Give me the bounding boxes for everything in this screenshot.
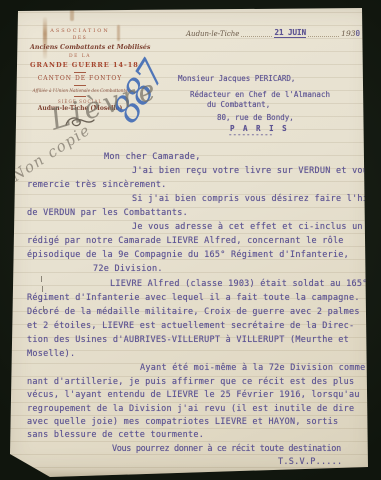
recipient-title-2: du Combattant, bbox=[207, 100, 270, 109]
dateline-year-typed: 0 bbox=[356, 29, 361, 38]
recipient-name: Monsieur Jacques PERICARD, bbox=[178, 74, 295, 83]
body-line: nant d'artillerie, je puis affirmer que … bbox=[27, 377, 354, 387]
body-line: Ayant été moi-même à la 72e Division com… bbox=[140, 363, 381, 373]
body-line: vécus, l'ayant entendu de LIEVRE le 25 F… bbox=[27, 390, 360, 400]
body-line: sans blessure de cette tourmente. bbox=[27, 430, 204, 440]
dateline-leader bbox=[308, 35, 339, 37]
body-line: regroupement de la Division j'ai revu (i… bbox=[27, 404, 354, 414]
letter-page: ASSOCIATION DES Anciens Combattants et M… bbox=[0, 0, 381, 480]
margin-pencil-mark bbox=[42, 286, 43, 292]
paper-stain bbox=[70, 6, 74, 21]
dateline-leader bbox=[241, 35, 272, 37]
letterhead-war-title: GRANDE GUERRE 14-18 bbox=[30, 61, 130, 69]
letterhead-divider bbox=[74, 85, 86, 86]
handwritten-note: Non copie bbox=[8, 121, 94, 186]
body-line: et 2 étoiles, LIEVRE est actuellement se… bbox=[27, 321, 354, 331]
dateline-place: Audun-le-Tiche bbox=[186, 30, 239, 38]
body-line: avec quelle joie) mes compatriotes LIEVR… bbox=[27, 417, 338, 427]
margin-pencil-mark bbox=[41, 276, 42, 282]
recipient-title: Rédacteur en Chef de l'Almanach bbox=[190, 90, 330, 99]
letterhead-organization: Anciens Combattants et Mobilisés bbox=[30, 44, 130, 51]
dateline: Audun-le-Tiche 21 JUIN 193 0 bbox=[186, 28, 360, 38]
dateline-year-printed: 193 bbox=[341, 29, 355, 38]
body-line: de VERDUN par les Combattants. bbox=[27, 208, 188, 218]
salutation: Mon cher Camarade, bbox=[104, 152, 201, 162]
body-line: J'ai bien reçu votre livre sur VERDUN et… bbox=[132, 166, 381, 176]
recipient-street: 80, rue de Bondy, bbox=[217, 113, 294, 122]
letterhead-association: ASSOCIATION bbox=[30, 28, 130, 34]
body-line: rédigé par notre Camarade LIEVRE Alfred,… bbox=[27, 236, 344, 246]
tsvp-note: T.S.V.P..... bbox=[278, 457, 342, 467]
body-line: 72e Division. bbox=[93, 264, 163, 274]
letterhead-canton: CANTON DE FONTOY bbox=[30, 75, 130, 82]
body-line: Vous pourrez donner à ce récit toute des… bbox=[112, 444, 341, 454]
body-line: Décoré de la médaille militaire, Croix d… bbox=[27, 307, 360, 317]
body-line: remercie très sincèrement. bbox=[27, 180, 167, 190]
letterhead-des: DES bbox=[30, 36, 130, 41]
letterhead-de-la: DE LA bbox=[30, 54, 130, 59]
body-line: Si j'ai bien compris vous désirez faire … bbox=[132, 194, 381, 204]
recipient-underline: ---------- bbox=[228, 130, 273, 139]
letterhead-divider bbox=[74, 72, 86, 73]
body-line: Régiment d'Infanterie avec lequel il a f… bbox=[27, 293, 360, 303]
body-line: Je vous adresse à cet effet et ci-inclus… bbox=[132, 222, 381, 232]
body-line: LIEVRE Alfred (classe 1903) était soldat… bbox=[110, 279, 368, 289]
body-line: épisodique de la 9e Compagnie du 165° Ré… bbox=[27, 250, 349, 260]
body-line: Moselle). bbox=[27, 349, 75, 359]
scan-background: ASSOCIATION DES Anciens Combattants et M… bbox=[0, 0, 381, 480]
body-line: tion des Usines d'AUBRIVES-VILLERUPT à V… bbox=[27, 335, 349, 345]
dateline-date: 21 JUIN bbox=[274, 28, 306, 38]
